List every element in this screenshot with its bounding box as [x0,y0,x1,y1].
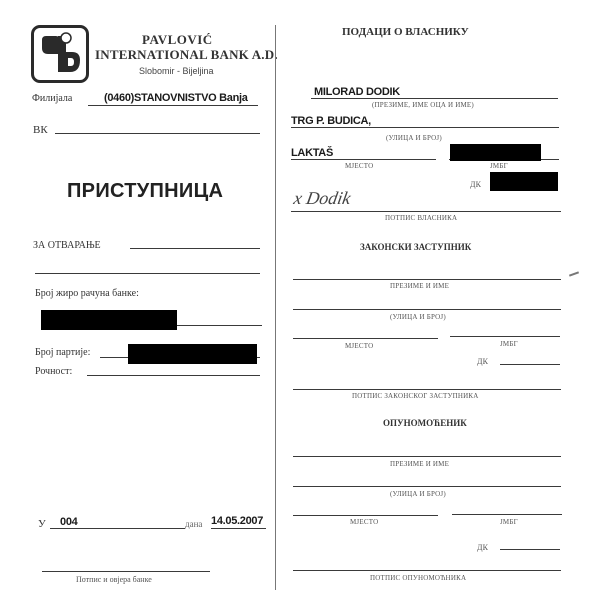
legal-rep-name-caption: ПРЕЗИМЕ И ИМЕ [390,282,449,290]
bank-name-line1: PAVLOVIĆ [142,32,213,48]
owner-jmbg-caption: ЈМБГ [490,162,508,170]
bank-logo [31,25,89,83]
branch-value: (0460)STANOVNISTVO Banja [104,92,248,104]
giro-account-value-redacted [41,310,177,330]
owner-signature-line [291,211,561,212]
rocnost-label: Рочност: [35,366,72,377]
bank-signature-line [42,571,210,572]
logo-icon [34,28,86,80]
legal-rep-jmbg-caption: ЈМБГ [500,340,518,348]
za-otvaranje-label: ЗА ОТВАРАЊЕ [33,240,101,251]
proxy-jmbg-caption: ЈМБГ [500,518,518,526]
date-value: 14.05.2007 [211,515,263,527]
owner-signature-caption: ПОТПИС ВЛАСНИКА [385,214,457,222]
proxy-heading: ОПУНОМОЋЕНИК [383,418,467,428]
place-value: 004 [60,516,77,528]
legal-rep-street-caption: (УЛИЦА И БРОЈ) [390,313,446,321]
column-divider [275,25,276,590]
signature-text: x Dodik [292,188,352,208]
bank-signature-caption: Потпис и овјера банке [76,575,152,584]
date-label: дана [185,519,202,529]
proxy-name-caption: ПРЕЗИМЕ И ИМЕ [390,460,449,468]
partija-value-redacted [128,344,257,364]
owner-dk-label: ДК [470,180,481,189]
owner-street-caption: (УЛИЦА И БРОЈ) [386,134,442,142]
owner-place-caption: МЈЕСТО [345,162,373,170]
branch-label: Филијала [32,93,72,104]
proxy-dk-field [500,549,560,550]
bank-name-line2: INTERNATIONAL BANK A.D. [95,47,278,63]
owner-signature: x Dodik [292,188,352,209]
partija-label: Број партије: [35,347,90,358]
legal-rep-heading: ЗАКОНСКИ ЗАСТУПНИК [360,242,471,252]
form-title: ПРИСТУПНИЦА [67,180,223,203]
rocnost-field [87,375,260,376]
vk-field [55,133,260,134]
legal-rep-dk-field [500,364,560,365]
owner-street-value: TRG P. BUDICA, [291,115,371,127]
bank-location: Slobomir - Bijeljina [139,66,214,76]
vk-label: ВК [33,124,48,136]
owner-name-value: MILORAD DODIK [314,86,400,98]
za-otvaranje-field [130,248,260,249]
proxy-dk-label: ДК [477,543,488,552]
proxy-street-caption: (УЛИЦА И БРОЈ) [390,490,446,498]
proxy-signature-caption: ПОТПИС ОПУНОМОЋНИКА [370,574,466,582]
owner-dk-redacted [490,172,558,191]
owner-place-value: LAKTAŠ [291,147,333,159]
giro-account-label: Број жиро рачуна банке: [35,288,139,299]
owner-name-caption: (ПРЕЗИМЕ, ИМЕ ОЦА И ИМЕ) [372,101,474,109]
place-label: У [38,518,46,530]
proxy-place-caption: МЈЕСТО [350,518,378,526]
owner-heading: ПОДАЦИ О ВЛАСНИКУ [342,26,469,38]
owner-jmbg-redacted [450,144,541,161]
legal-rep-place-caption: МЈЕСТО [345,342,373,350]
legal-rep-signature-caption: ПОТПИС ЗАКОНСКОГ ЗАСТУПНИКА [352,392,479,400]
legal-rep-dk-label: ДК [477,357,488,366]
